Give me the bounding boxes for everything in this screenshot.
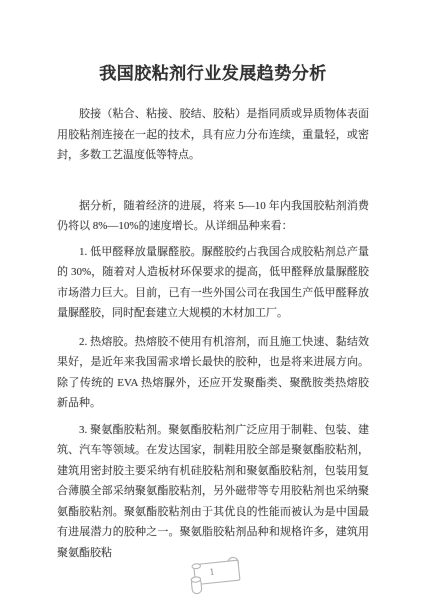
paragraph-item-3: 3. 聚氨酯胶粘剂。聚氨酯胶粘剂广泛应用于制鞋、包装、建筑、汽车等领域。在发达国… xyxy=(57,420,369,564)
page-footer: 1 xyxy=(186,556,246,598)
document-title: 我国胶粘剂行业发展趋势分析 xyxy=(57,62,369,86)
paragraph-item-1: 1. 低甲醛释放量脲醛胶。脲醛胶约占我国合成胶粘剂总产量的 30%，随着对人造板… xyxy=(57,242,369,324)
paragraph-analysis: 据分析，随着经济的进展，将来 5—10 年内我国胶粘剂消费仍将以 8%—10%的… xyxy=(57,196,369,237)
paragraph-item-2: 2. 热熔胶。热熔胶不使用有机溶剂，而且施工快速、黏结效果好，是近年来我国需求增… xyxy=(57,332,369,414)
document-page: 我国胶粘剂行业发展趋势分析 胶接（粘合、粘接、胶结、胶粘）是指同质或异质物体表面… xyxy=(0,0,424,600)
document-content: 我国胶粘剂行业发展趋势分析 胶接（粘合、粘接、胶结、胶粘）是指同质或异质物体表面… xyxy=(57,0,369,563)
paragraph-intro: 胶接（粘合、粘接、胶结、胶粘）是指同质或异质物体表面用胶粘剂连接在一起的技术，具… xyxy=(57,104,369,166)
